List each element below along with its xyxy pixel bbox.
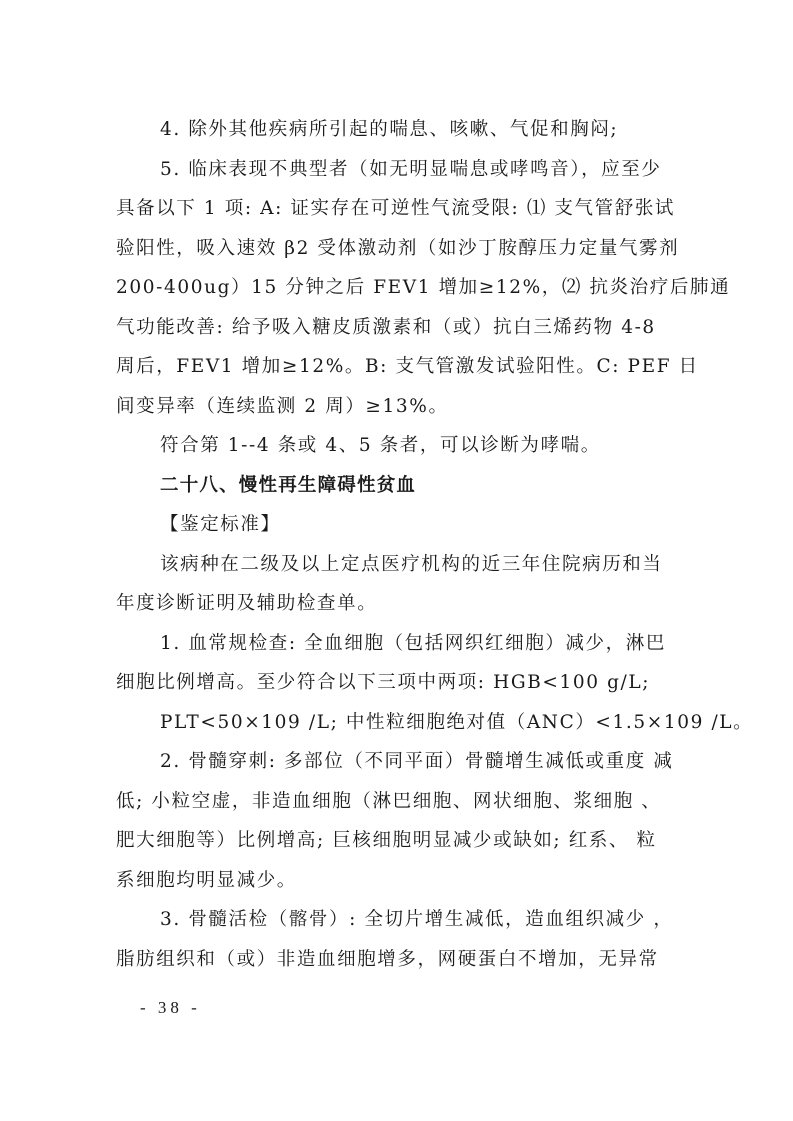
subsection-label: 【鉴定标准】 [160,513,750,537]
text-line: 间变异率（连续监测 2 周）≥13%。 [116,395,706,419]
text-line-asthma-criterion-4: 4. 除外其他疾病所引起的喘息、咳嗽、气促和胸闷; [160,118,750,142]
text-line: 200-400ug）15 分钟之后 FEV1 增加≥12%，⑵ 抗炎治疗后肺通 [116,276,706,300]
text-line: 具备以下 1 项: A: 证实存在可逆性气流受限: ⑴ 支气管舒张试 [116,197,706,221]
text-line: 系细胞均明显减少。 [116,869,706,893]
page-number: - 38 - [140,998,201,1018]
text-line: 该病种在二级及以上定点医疗机构的近三年住院病历和当 [160,553,750,577]
text-line: 验阳性，吸入速效 β2 受体激动剂（如沙丁胺醇压力定量气雾剂 [116,237,706,261]
text-line: 脂肪组织和（或）非造血细胞增多，网硬蛋白不增加，无异常 [116,948,706,972]
text-line: 周后，FEV1 增加≥12%。B: 支气管激发试验阳性。C: PEF 日 [116,355,706,379]
text-line: 气功能改善: 给予吸入糖皮质激素和（或）抗白三烯药物 4-8 [116,316,706,340]
text-line: PLT<50×109 /L; 中性粒细胞绝对值（ANC）<1.5×109 /L。 [160,711,750,735]
text-line-bone-marrow-puncture: 2. 骨髓穿刺: 多部位（不同平面）骨髓增生减低或重度 减 [160,750,750,774]
text-line: 细胞比例增高。至少符合以下三项中两项: HGB<100 g/L; [116,671,706,695]
text-line-asthma-criterion-5: 5. 临床表现不典型者（如无明显喘息或哮鸣音），应至少 [160,158,750,182]
text-line-blood-test: 1. 血常规检查: 全血细胞（包括网织红细胞）减少，淋巴 [160,632,750,656]
text-line: 低; 小粒空虚，非造血细胞（淋巴细胞、网状细胞、浆细胞 、 [116,790,706,814]
text-line-asthma-conclusion: 符合第 1--4 条或 4、5 条者，可以诊断为哮喘。 [160,434,750,458]
text-line-bone-marrow-biopsy: 3. 骨髓活检（髂骨）: 全切片增生减低，造血组织减少 ， [160,908,750,932]
section-heading: 二十八、慢性再生障碍性贫血 [160,474,750,498]
text-line: 肥大细胞等）比例增高; 巨核细胞明显减少或缺如; 红系、 粒 [116,829,706,853]
text-line: 年度诊断证明及辅助检查单。 [116,592,706,616]
document-page: 4. 除外其他疾病所引起的喘息、咳嗽、气促和胸闷; 5. 临床表现不典型者（如无… [0,0,793,1121]
